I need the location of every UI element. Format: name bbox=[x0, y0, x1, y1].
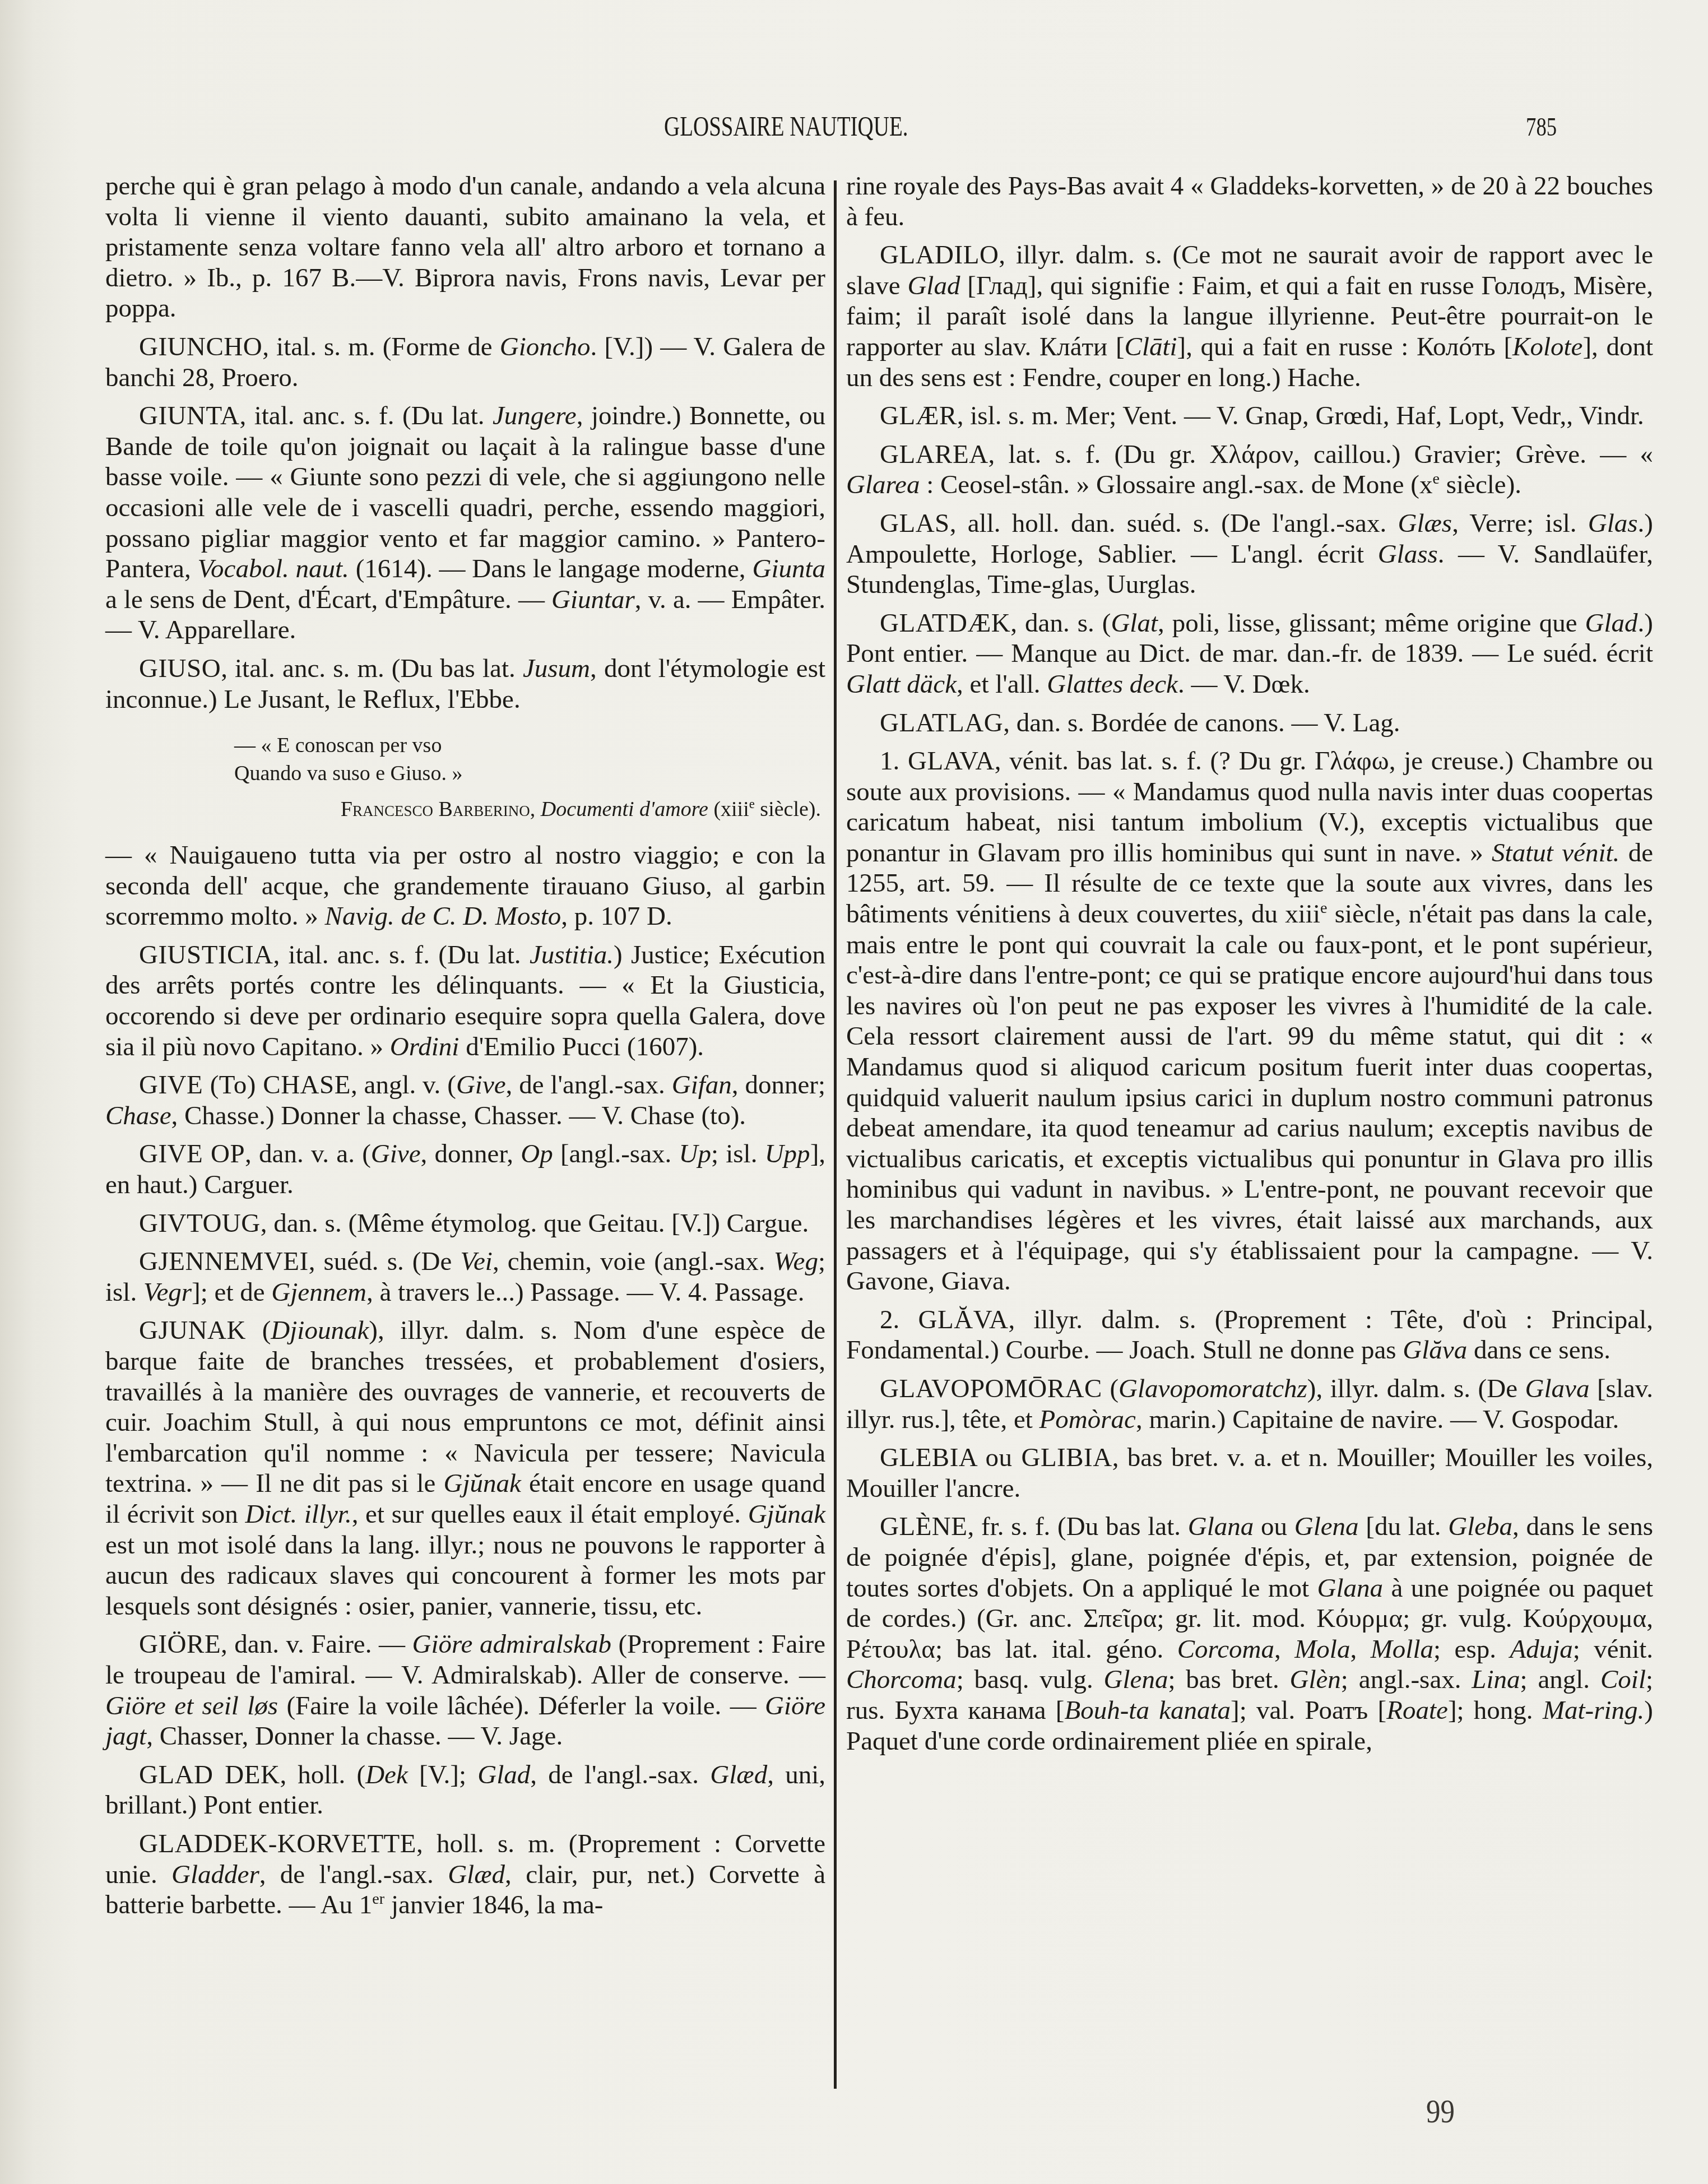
entry-givtoug: GIVTOUG, dan. s. (Même étymolog. que Gei… bbox=[105, 1208, 825, 1239]
entry-giuso-continued: — « Nauigaueno tutta via per ostro al no… bbox=[105, 840, 825, 932]
entry-give-op: GIVE OP, dan. v. a. (Give, donner, Op [a… bbox=[105, 1139, 825, 1200]
headword: GLADILO bbox=[880, 240, 999, 270]
signature-mark: 99 bbox=[1426, 2092, 1455, 2131]
running-title: GLOSSAIRE NAUTIQUE. bbox=[664, 110, 908, 142]
headword: GLÈNE bbox=[880, 1512, 968, 1541]
entry-glarea: GLAREA, lat. s. f. (Du gr. Χλάρον, caill… bbox=[846, 439, 1653, 500]
entry-giunta: GIUNTA, ital. anc. s. f. (Du lat. Junger… bbox=[105, 401, 825, 646]
headword: GLATDÆK bbox=[880, 609, 1010, 638]
entry-glatdaek: GLATDÆK, dan. s. (Glat, poli, lisse, gli… bbox=[846, 608, 1653, 700]
entry-giore: GIÖRE, dan. v. Faire. — Giöre admiralska… bbox=[105, 1629, 825, 1751]
entry-glava-2: 2. GLĂVA, illyr. dalm. s. (Proprement : … bbox=[846, 1305, 1653, 1366]
running-head: GLOSSAIRE NAUTIQUE. 785 bbox=[0, 110, 1708, 149]
headword: GIÖRE bbox=[139, 1630, 221, 1659]
entry-giusticia: GIUSTICIA, ital. anc. s. f. (Du lat. Jus… bbox=[105, 940, 825, 1062]
entry-glaer: GLÆR, isl. s. m. Mer; Vent. — V. Gnap, G… bbox=[846, 401, 1653, 432]
headword: GJENNEMVEI bbox=[139, 1247, 309, 1276]
verse-quotation: — « E conoscan per vsoQuando va suso e G… bbox=[105, 731, 825, 787]
headword: GLAVOPOMŌRAC bbox=[880, 1374, 1102, 1403]
entry-glas: GLAS, all. holl. dan. suéd. s. (De l'ang… bbox=[846, 508, 1653, 600]
headword: GLAVA bbox=[908, 746, 995, 776]
quotation-attribution: Francesco Barberino, Documenti d'amore (… bbox=[105, 795, 825, 823]
headword: GIUSO bbox=[139, 654, 221, 683]
entry-gjunak: GJUNAK (Djiounak), illyr. dalm. s. Nom d… bbox=[105, 1315, 825, 1621]
headword: GLEBIA ou GLIBIA bbox=[880, 1443, 1112, 1472]
book-page: GLOSSAIRE NAUTIQUE. 785 perche qui è gra… bbox=[0, 0, 1708, 2184]
headword: GIVTOUG bbox=[139, 1209, 261, 1238]
headword: GLADDEK-KORVETTE bbox=[139, 1829, 416, 1858]
headword: GIUNTA bbox=[139, 401, 239, 430]
headword: GLAD DEK bbox=[139, 1760, 280, 1789]
entry-gjennemvei: GJENNEMVEI, suéd. s. (De Vei, chemin, vo… bbox=[105, 1246, 825, 1307]
headword: GIUSTICIA bbox=[139, 940, 273, 970]
headword: GLÆR bbox=[880, 401, 957, 430]
headword: GIVE OP bbox=[139, 1139, 245, 1168]
headword: GIVE (To) CHASE bbox=[139, 1070, 351, 1100]
headword: GLĂVA bbox=[918, 1305, 1009, 1334]
entry-glatlag: GLATLAG, dan. s. Bordée de canons. — V. … bbox=[846, 708, 1653, 739]
entry-give-to-chase: GIVE (To) CHASE, angl. v. (Give, de l'an… bbox=[105, 1070, 825, 1131]
headword: GLAREA bbox=[880, 440, 988, 469]
continued-paragraph: perche qui è gran pelago à modo d'un can… bbox=[105, 171, 825, 324]
continued-paragraph: rine royale des Pays-Bas avait 4 « Gladd… bbox=[846, 171, 1653, 232]
headword: GLATLAG bbox=[880, 708, 1003, 738]
headword: GLAS bbox=[880, 509, 950, 538]
entry-giuncho: GIUNCHO, ital. s. m. (Forme de Gioncho. … bbox=[105, 332, 825, 393]
entry-gladilo: GLADILO, illyr. dalm. s. (Ce mot ne saur… bbox=[846, 240, 1653, 393]
headword: GIUNCHO bbox=[139, 332, 262, 361]
headword: GJUNAK bbox=[139, 1316, 246, 1345]
left-column: perche qui è gran pelago à modo d'un can… bbox=[105, 171, 825, 1921]
page-number: 785 bbox=[1526, 112, 1557, 142]
entry-glava-1: 1. GLAVA, vénit. bas lat. s. f. (? Du gr… bbox=[846, 746, 1653, 1297]
entry-glebia: GLEBIA ou GLIBIA, bas bret. v. a. et n. … bbox=[846, 1443, 1653, 1504]
entry-glad-dek: GLAD DEK, holl. (Dek [V.]; Glad, de l'an… bbox=[105, 1760, 825, 1821]
entry-glene: GLÈNE, fr. s. f. (Du bas lat. Glana ou G… bbox=[846, 1511, 1653, 1756]
column-divider-rule bbox=[834, 180, 837, 2089]
entry-glavopomorac: GLAVOPOMŌRAC (Glavopomoratchz), illyr. d… bbox=[846, 1374, 1653, 1435]
entry-gladdek-korvette: GLADDEK-KORVETTE, holl. s. m. (Propremen… bbox=[105, 1829, 825, 1921]
entry-giuso: GIUSO, ital. anc. s. m. (Du bas lat. Jus… bbox=[105, 653, 825, 715]
right-column: rine royale des Pays-Bas avait 4 « Gladd… bbox=[846, 171, 1653, 1756]
